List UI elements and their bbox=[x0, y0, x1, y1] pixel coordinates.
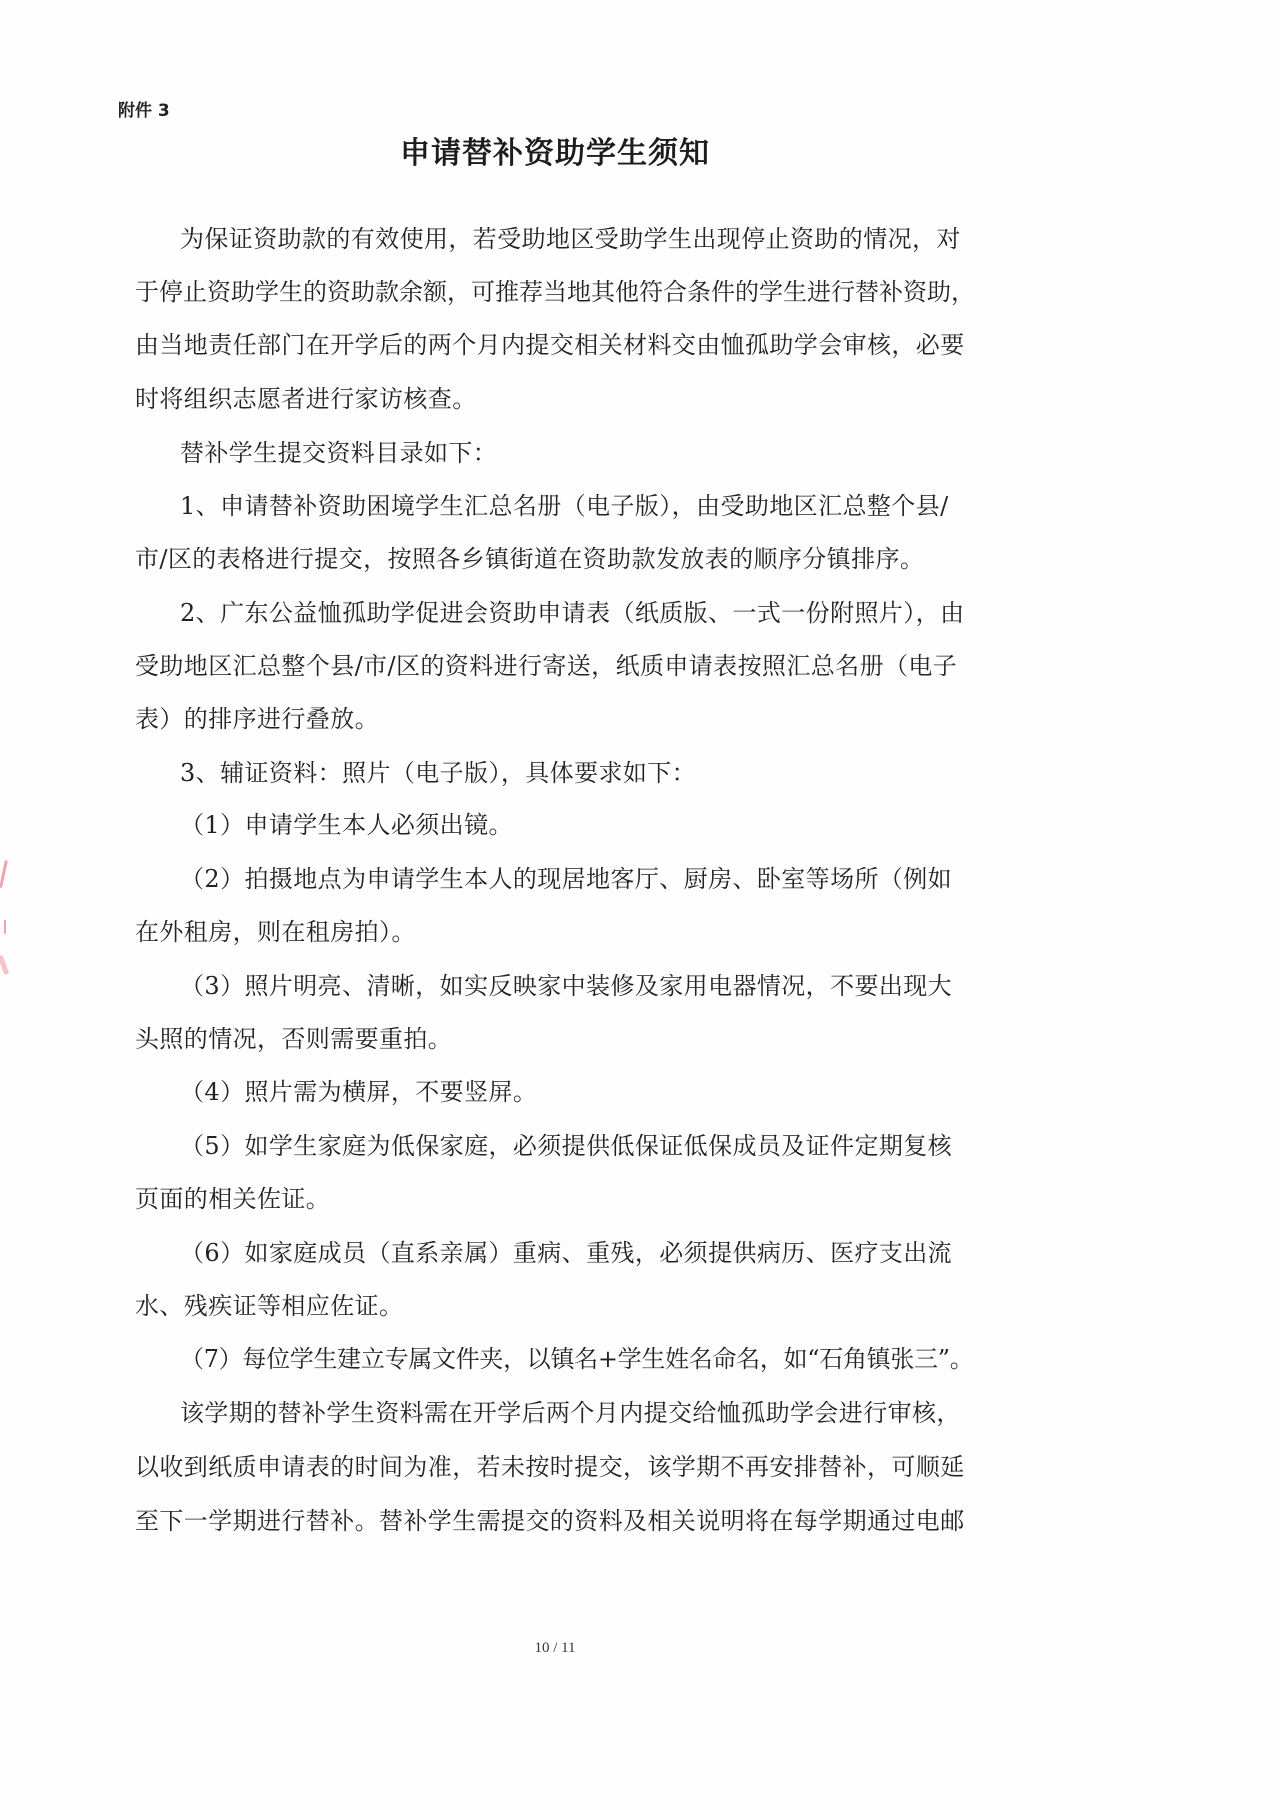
page-number: 10 / 11 bbox=[0, 1640, 1110, 1657]
paragraph-line: 由当地责任部门在开学后的两个月内提交相关材料交由恤孤助学会审核，必要 bbox=[135, 330, 965, 360]
sub-item-4: （4）照片需为横屏，不要竖屏。 bbox=[180, 1077, 537, 1107]
list-item-2-cont: 受助地区汇总整个县/市/区的资料进行寄送，纸质申请表按照汇总名册（电子 bbox=[135, 651, 957, 681]
paragraph-line: 为保证资助款的有效使用，若受助地区受助学生出现停止资助的情况，对 bbox=[180, 224, 961, 254]
sub-item-3: （3）照片明亮、清晰，如实反映家中装修及家用电器情况，不要出现大 bbox=[180, 971, 952, 1001]
document-title: 申请替补资助学生须知 bbox=[0, 128, 1110, 172]
document-page: 附件 3 申请替补资助学生须知 为保证资助款的有效使用，若受助地区受助学生出现停… bbox=[0, 0, 1280, 1810]
seal-stamp-edge bbox=[0, 860, 12, 1000]
sub-item-2: （2）拍摄地点为申请学生本人的现居地客厅、厨房、卧室等场所（例如 bbox=[180, 864, 952, 894]
sub-item-5-cont: 页面的相关佐证。 bbox=[135, 1184, 330, 1214]
sub-item-2-cont: 在外租房，则在租房拍）。 bbox=[135, 917, 416, 947]
sub-item-6-cont: 水、残疾证等相应佐证。 bbox=[135, 1291, 403, 1321]
closing-paragraph-line: 以收到纸质申请表的时间为准，若未按时提交，该学期不再安排替补，可顺延 bbox=[135, 1452, 965, 1482]
paragraph-line: 时将组织志愿者进行家访核查。 bbox=[135, 384, 477, 414]
attachment-label: 附件 3 bbox=[118, 96, 170, 121]
list-item-3: 3、辅证资料：照片（电子版），具体要求如下： bbox=[180, 758, 696, 788]
paragraph-line: 于停止资助学生的资助款余额，可推荐当地其他符合条件的学生进行替补资助， bbox=[135, 277, 975, 307]
sub-item-6: （6）如家庭成员（直系亲属）重病、重残，必须提供病历、医疗支出流 bbox=[180, 1238, 952, 1268]
list-item-2-cont: 表）的排序进行叠放。 bbox=[135, 704, 379, 734]
closing-paragraph-line: 该学期的替补学生资料需在开学后两个月内提交给恤孤助学会进行审核， bbox=[180, 1398, 961, 1428]
list-item-1: 1、申请替补资助困境学生汇总名册（电子版），由受助地区汇总整个县/ bbox=[180, 491, 949, 521]
list-item-1-cont: 市/区的表格进行提交，按照各乡镇街道在资助款发放表的顺序分镇排序。 bbox=[135, 544, 924, 574]
closing-paragraph-line: 至下一学期进行替补。替补学生需提交的资料及相关说明将在每学期通过电邮 bbox=[135, 1506, 965, 1536]
sub-item-3-cont: 头照的情况，否则需要重拍。 bbox=[135, 1024, 452, 1054]
list-intro: 替补学生提交资料目录如下： bbox=[180, 438, 497, 468]
sub-item-1: （1）申请学生本人必须出镜。 bbox=[180, 810, 513, 840]
list-item-2: 2、广东公益恤孤助学促进会资助申请表（纸质版、一式一份附照片），由 bbox=[180, 598, 964, 628]
sub-item-7: （7）每位学生建立专属文件夹，以镇名+学生姓名命名，如“石角镇张三”。 bbox=[180, 1344, 973, 1374]
sub-item-5: （5）如学生家庭为低保家庭，必须提供低保证低保成员及证件定期复核 bbox=[180, 1131, 952, 1161]
